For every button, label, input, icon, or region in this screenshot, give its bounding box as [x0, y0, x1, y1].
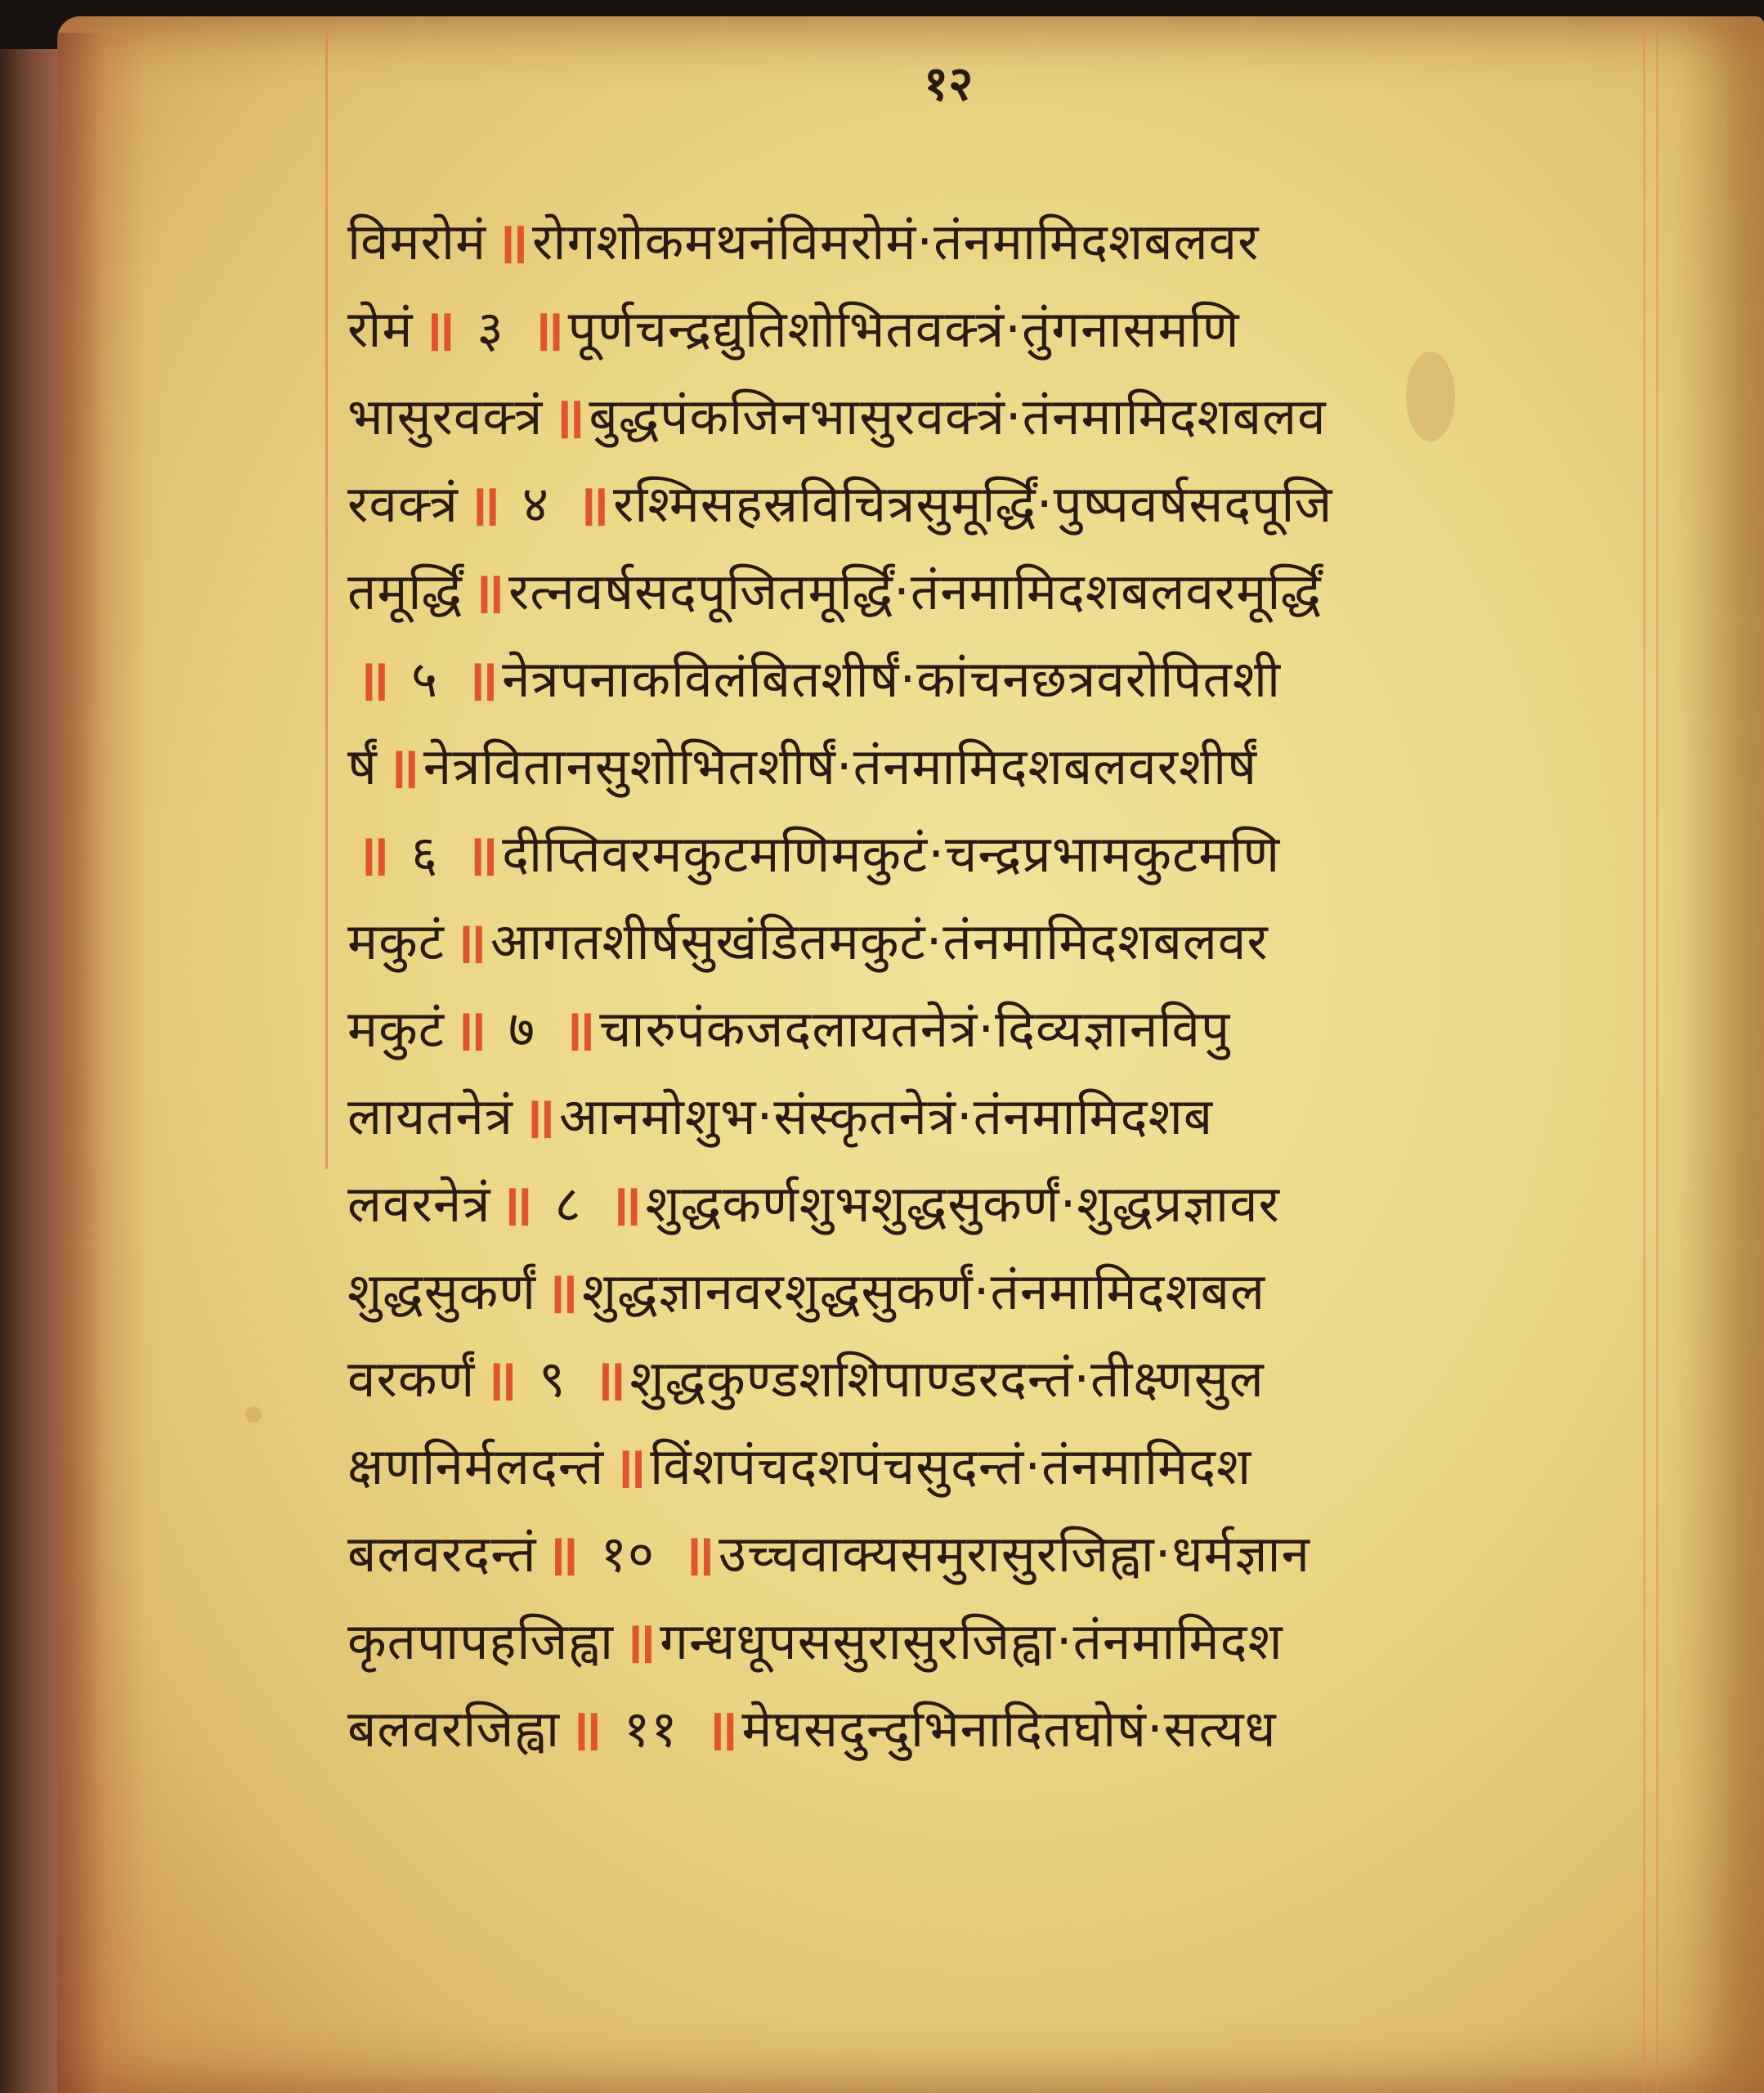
red-double-danda: ॥ [544, 1251, 574, 1329]
left-margin-rule [325, 25, 328, 1169]
manuscript-line: रवक्त्रं॥४॥रश्मिसहस्रविचित्रसुमूर्द्धिं·… [347, 459, 1655, 546]
manuscript-line: बलवरजिह्वा॥११॥मेघसदुन्दुभिनादितघोषं·सत्य… [347, 1683, 1655, 1771]
manuscript-line: लायतनेत्रं॥आनमोशुभ·संस्कृतनेत्रं·तंनमामि… [347, 1071, 1655, 1159]
text-segment: नेत्रवितानसुशोभितशीर्षं·तंनमामिदशबलवरशीर… [423, 731, 1257, 800]
page-edge-shadow [57, 33, 147, 2093]
folio-number: १२ [924, 49, 973, 114]
red-double-danda: ॥ [545, 1513, 575, 1592]
red-double-danda: ॥ [422, 289, 451, 367]
red-double-danda: ॥ [681, 1513, 710, 1592]
manuscript-line: मकुटं॥७॥चारुपंकजदलायतनेत्रं·दिव्यज्ञानवि… [347, 984, 1655, 1071]
manuscript-line: विमरोमं॥रोगशोकमथनंविमरोमं·तंनमामिदशबलवर [347, 196, 1655, 284]
manuscript-line: ॥५॥नेत्रपनाकविलंबितशीर्षं·कांचनछत्रवरोपि… [347, 634, 1655, 721]
text-segment: दीप्तिवरमकुटमणिमकुटं·चन्द्रप्रभामकुटमणि [502, 818, 1280, 887]
manuscript-line: शुद्धसुकर्णं॥शुद्धज्ञानवरशुद्धसुकर्णं·तं… [347, 1246, 1655, 1333]
text-segment: र्षं [347, 731, 378, 800]
text-segment: क्षणनिर्मलदन्तं [347, 1431, 604, 1499]
text-segment: बलवरदन्तं [347, 1518, 537, 1587]
red-double-danda: ॥ [467, 464, 496, 542]
verse-number: ६ [411, 818, 438, 887]
red-double-danda: ॥ [464, 813, 494, 892]
text-segment: नेत्रपनाकविलंबितशीर्षं·कांचनछत्रवरोपितशी [502, 643, 1281, 712]
text-segment: विंशपंचदशपंचसुदन्तं·तंनमामिदश [650, 1431, 1251, 1499]
red-double-danda: ॥ [522, 1076, 551, 1154]
text-segment: रत्नवर्षसदपूजितमूर्द्धिं·तंनमामिदशबलवरमू… [508, 556, 1322, 625]
red-double-danda: ॥ [592, 1338, 621, 1417]
manuscript-line: रोमं॥३॥पूर्णचन्द्रद्युतिशोभितवक्त्रं·तुं… [347, 284, 1655, 371]
red-double-danda: ॥ [471, 551, 500, 630]
verse-number: ४ [522, 468, 549, 537]
red-double-danda: ॥ [356, 813, 385, 892]
text-segment: भासुरवक्त्रं [347, 381, 543, 450]
red-double-danda: ॥ [562, 988, 591, 1067]
text-segment: शुद्धकुण्डशशिपाण्डरदन्तं·तीक्ष्णसुल [629, 1343, 1264, 1412]
red-double-danda: ॥ [356, 639, 385, 717]
text-segment: आनमोशुभ·संस्कृतनेत्रं·तंनमामिदशब [559, 1081, 1213, 1150]
manuscript-line: भासुरवक्त्रं॥बुद्धपंकजिनभासुरवक्त्रं·तंन… [347, 371, 1655, 459]
text-segment: बुद्धपंकजिनभासुरवक्त्रं·तंनमामिदशबलव [589, 381, 1326, 450]
verse-number: ३ [477, 294, 504, 362]
text-segment: रवक्त्रं [347, 468, 459, 537]
manuscript-line: तमूर्द्धिं॥रत्नवर्षसदपूजितमूर्द्धिं·तंनम… [347, 546, 1655, 634]
text-segment: शुद्धज्ञानवरशुद्धसुकर्णं·तंनमामिदशबल [582, 1256, 1265, 1324]
red-double-danda: ॥ [453, 901, 482, 979]
verse-number: ११ [624, 1693, 678, 1762]
text-segment: उच्चवाक्यसमुरासुरजिह्वा·धर्मज्ञान [719, 1518, 1310, 1587]
text-segment: कृतपापहजिह्वा [347, 1606, 614, 1674]
red-double-danda: ॥ [568, 1688, 598, 1767]
manuscript-line: र्षं॥नेत्रवितानसुशोभितशीर्षं·तंनमामिदशबल… [347, 721, 1655, 809]
text-segment: विमरोमं [347, 206, 486, 275]
manuscript-line: ॥६॥दीप्तिवरमकुटमणिमकुटं·चन्द्रप्रभामकुटम… [347, 809, 1655, 896]
text-segment: मकुटं [347, 906, 445, 975]
manuscript-line: बलवरदन्तं॥१०॥उच्चवाक्यसमुरासुरजिह्वा·धर्… [347, 1508, 1655, 1596]
verse-number: ७ [508, 993, 535, 1062]
text-segment: चारुपंकजदलायतनेत्रं·दिव्यज्ञानविपु [599, 993, 1230, 1062]
text-segment: रोगशोकमथनंविमरोमं·तंनमामिदशबलवर [532, 206, 1259, 275]
red-double-danda: ॥ [495, 201, 524, 280]
text-segment: गन्धधूपससुरासुरजिह्वा·तंनमामिदश [660, 1606, 1283, 1674]
verse-number: ५ [411, 643, 438, 712]
manuscript-text-block: विमरोमं॥रोगशोकमथनंविमरोमं·तंनमामिदशबलवरर… [347, 196, 1655, 1771]
verse-number: १० [601, 1518, 655, 1587]
text-segment: रश्मिसहस्रविचित्रसुमूर्द्धिं·पुष्पवर्षसद… [613, 468, 1333, 537]
text-segment: मकुटं [347, 993, 445, 1062]
manuscript-line: कृतपापहजिह्वा॥गन्धधूपससुरासुरजिह्वा·तंनम… [347, 1596, 1655, 1683]
red-double-danda: ॥ [531, 289, 560, 367]
red-double-danda: ॥ [483, 1338, 513, 1417]
text-segment: शुद्धकर्णशुभशुद्धसुकर्णं·शुद्धप्रज्ञावर [646, 1168, 1280, 1237]
manuscript-line: वरकर्णं॥९॥शुद्धकुण्डशशिपाण्डरदन्तं·तीक्ष… [347, 1333, 1655, 1421]
red-double-danda: ॥ [464, 639, 494, 717]
text-segment: लायतनेत्रं [347, 1081, 513, 1150]
text-segment: पूर्णचन्द्रद्युतिशोभितवक्त्रं·तुंगनासमणि [568, 294, 1240, 362]
red-double-danda: ॥ [575, 464, 605, 542]
paper-stain [245, 1406, 262, 1423]
text-segment: मेघसदुन्दुभिनादितघोषं·सत्यध [741, 1693, 1276, 1762]
red-double-danda: ॥ [453, 988, 482, 1067]
red-double-danda: ॥ [499, 1163, 529, 1242]
verse-number: ८ [554, 1168, 581, 1237]
text-segment: वरकर्णं [347, 1343, 475, 1412]
red-double-danda: ॥ [622, 1601, 651, 1679]
manuscript-line: क्षणनिर्मलदन्तं॥विंशपंचदशपंचसुदन्तं·तंनम… [347, 1421, 1655, 1508]
text-segment: आगतशीर्षसुखंडितमकुटं·तंनमामिदशबलवर [490, 906, 1269, 975]
text-segment: बलवरजिह्वा [347, 1693, 560, 1762]
text-segment: रोमं [347, 294, 414, 362]
right-margin-rule-inner [1656, 25, 1659, 2093]
text-segment: लवरनेत्रं [347, 1168, 491, 1237]
red-double-danda: ॥ [551, 376, 580, 455]
manuscript-line: लवरनेत्रं॥८॥शुद्धकर्णशुभशुद्धसुकर्णं·शुद… [347, 1159, 1655, 1246]
red-double-danda: ॥ [704, 1688, 733, 1767]
verse-number: ९ [539, 1343, 566, 1412]
manuscript-line: मकुटं॥आगतशीर्षसुखंडितमकुटं·तंनमामिदशबलवर [347, 896, 1655, 984]
text-segment: शुद्धसुकर्णं [347, 1256, 536, 1324]
red-double-danda: ॥ [612, 1426, 642, 1504]
red-double-danda: ॥ [386, 726, 415, 804]
red-double-danda: ॥ [608, 1163, 638, 1242]
text-segment: तमूर्द्धिं [347, 556, 463, 625]
